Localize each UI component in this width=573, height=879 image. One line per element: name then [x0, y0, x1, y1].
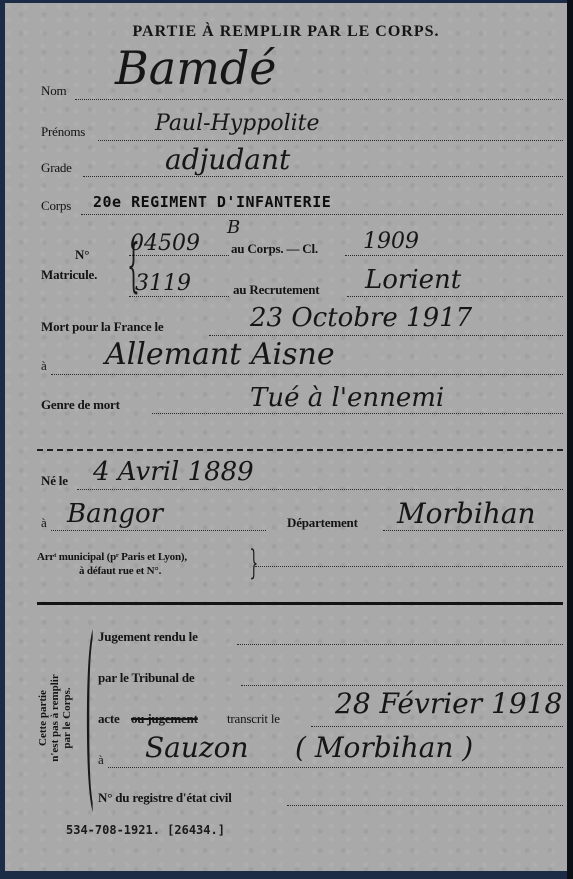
- acte-line: [311, 726, 563, 727]
- arrondissement-label-1: Arrᵗ municipal (pʳ Paris et Lyon),: [37, 551, 187, 563]
- genre-mort-value: Tué à l'ennemi: [250, 383, 444, 413]
- record-card: PARTIE À REMPLIR PAR LE CORPS. Nom Bamdé…: [5, 3, 567, 871]
- lieu-transcription-value: Sauzon: [145, 731, 249, 764]
- matricule-recrutement: Lorient: [365, 265, 461, 295]
- side-note: Cette partie n'est pas à remplir par le …: [37, 643, 73, 793]
- registre-label: N° du registre d'état civil: [98, 790, 232, 806]
- tribunal-line: [241, 685, 563, 686]
- departement-line: [383, 530, 563, 531]
- registre-line: [287, 805, 563, 806]
- nom-line: [75, 99, 563, 100]
- matricule-label: Matricule.: [41, 267, 97, 283]
- lieu-deces-line: [51, 374, 563, 375]
- corps-value: 20e REGIMENT D'INFANTERIE: [93, 193, 331, 211]
- mort-label: Mort pour la France le: [41, 319, 163, 335]
- genre-mort-line: [152, 413, 563, 414]
- au-recrutement-label: au Recrutement: [233, 282, 319, 298]
- recrutement-line: [347, 296, 563, 297]
- matricule-classe: 1909: [363, 229, 419, 254]
- ne-le-label: Né le: [41, 473, 68, 489]
- genre-mort-label: Genre de mort: [41, 397, 120, 413]
- section-divider-1: [37, 449, 563, 451]
- card-title: PARTIE À REMPLIR PAR LE CORPS.: [5, 23, 567, 41]
- ne-le-line: [77, 489, 563, 490]
- mort-line: [209, 335, 563, 336]
- recrutement-number-line: [129, 296, 229, 297]
- side-note-line-3: par le Corps.: [61, 643, 73, 793]
- nom-label: Nom: [41, 83, 66, 99]
- grade-label: Grade: [41, 160, 72, 176]
- lieu-naissance-line: [51, 530, 266, 531]
- corps-label: Corps: [41, 198, 71, 214]
- matricule-recrutement-number: 3119: [135, 271, 191, 296]
- section-divider-2: [37, 602, 563, 605]
- lieu-transcription-line: [108, 767, 563, 768]
- tribunal-label: par le Tribunal de: [98, 670, 194, 686]
- acte-label: acte: [98, 711, 120, 727]
- matricule-no-label: N°: [75, 247, 89, 263]
- mort-value: 23 Octobre 1917: [250, 303, 472, 333]
- jugement-label: Jugement rendu le: [98, 629, 198, 645]
- au-corps-label: au Corps. — Cl.: [231, 241, 318, 257]
- lieu-transcription-dept: ( Morbihan ): [295, 731, 473, 764]
- side-note-line-1: Cette partie: [37, 643, 49, 793]
- arrondissement-brace: }: [249, 543, 258, 583]
- lieu-deces-value: Allemant Aisne: [105, 337, 335, 372]
- departement-value: Morbihan: [397, 497, 536, 530]
- prenoms-label: Prénoms: [41, 124, 85, 140]
- lieu-naissance-value: Bangor: [67, 499, 163, 529]
- lieu-transcription-label: à: [98, 752, 104, 768]
- arrondissement-line: [255, 566, 563, 567]
- lieu-deces-label: à: [41, 358, 47, 374]
- print-code: 534-708-1921. [26434.]: [66, 823, 225, 837]
- prenoms-value: Paul-Hyppolite: [155, 111, 320, 136]
- grade-line: [83, 176, 563, 177]
- acte-transcrit-label: transcrit le: [227, 711, 280, 727]
- lower-section-brace: (: [85, 613, 94, 813]
- lieu-naissance-label: à: [41, 515, 47, 531]
- prenoms-line: [98, 140, 563, 141]
- arrondissement-label-2: à défaut rue et N°.: [79, 565, 161, 577]
- jugement-line: [237, 644, 563, 645]
- acte-struck-label: ou jugement: [131, 711, 198, 727]
- frame-edge: [567, 0, 573, 879]
- matricule-corps-number: 04509: [130, 231, 200, 256]
- classe-line: [345, 255, 563, 256]
- corps-line: [81, 214, 563, 215]
- departement-label: Département: [287, 515, 358, 531]
- ne-le-value: 4 Avril 1889: [93, 457, 254, 487]
- grade-value: adjudant: [165, 143, 290, 176]
- matricule-suffix: B: [227, 217, 240, 238]
- side-note-line-2: n'est pas à remplir: [49, 643, 61, 793]
- acte-value: 28 Février 1918: [335, 687, 562, 720]
- nom-value: Bamdé: [115, 41, 277, 95]
